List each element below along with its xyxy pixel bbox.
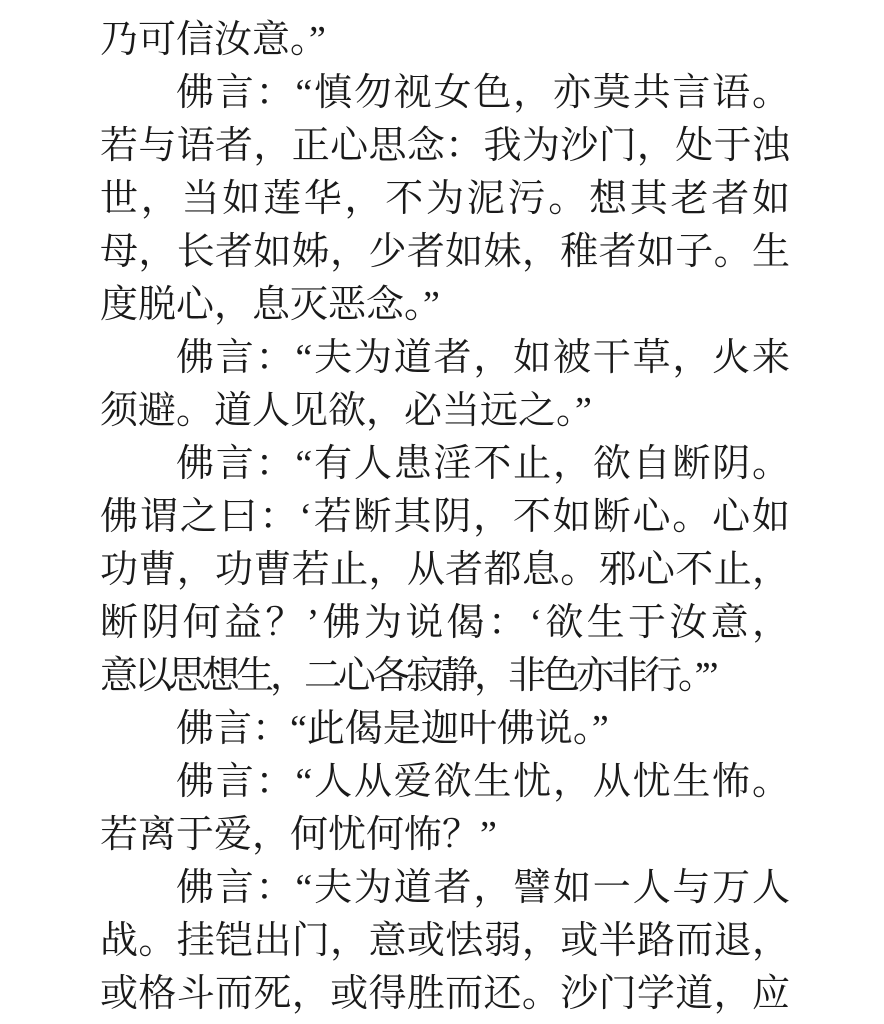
text-line: 乃可信汝意。” [100, 14, 790, 67]
text-line: 世，当如莲华，不为泥污。想其老者如 [100, 173, 790, 226]
text-line: 功曹，功曹若止，从者都息。邪心不止， [100, 544, 790, 597]
text-line: 佛言：“此偈是迦叶佛说。” [100, 703, 790, 756]
text-line: 佛言：“夫为道者，譬如一人与万人 [100, 862, 790, 915]
text-line: 佛言：“夫为道者，如被干草，火来 [100, 332, 790, 385]
text-line: 或格斗而死，或得胜而还。沙门学道，应 [100, 968, 790, 1021]
text-line: 佛谓之曰：‘若断其阴，不如断心。心如 [100, 491, 790, 544]
text-line: 若与语者，正心思念：我为沙门，处于浊 [100, 120, 790, 173]
text-line: 须避。道人见欲，必当远之。” [100, 385, 790, 438]
text-line: 度脱心，息灭恶念。” [100, 279, 790, 332]
document-page: 乃可信汝意。” 佛言：“慎勿视女色，亦莫共言语。 若与语者，正心思念：我为沙门，… [0, 0, 884, 1024]
text-line: 佛言：“有人患淫不止，欲自断阴。 [100, 438, 790, 491]
text-line: 战。挂铠出门，意或怯弱，或半路而退， [100, 915, 790, 968]
text-line: 佛言：“人从爱欲生忧，从忧生怖。 [100, 756, 790, 809]
text-line: 断阴何益？’佛为说偈：‘欲生于汝意， [100, 597, 790, 650]
text-line: 佛言：“慎勿视女色，亦莫共言语。 [100, 67, 790, 120]
text-line: 若离于爱，何忧何怖？” [100, 809, 790, 862]
text-line: 母，长者如姊，少者如妹，稚者如子。生 [100, 226, 790, 279]
text-line: 意以思想生，二心各寂静，非色亦非行。’” [100, 650, 790, 703]
